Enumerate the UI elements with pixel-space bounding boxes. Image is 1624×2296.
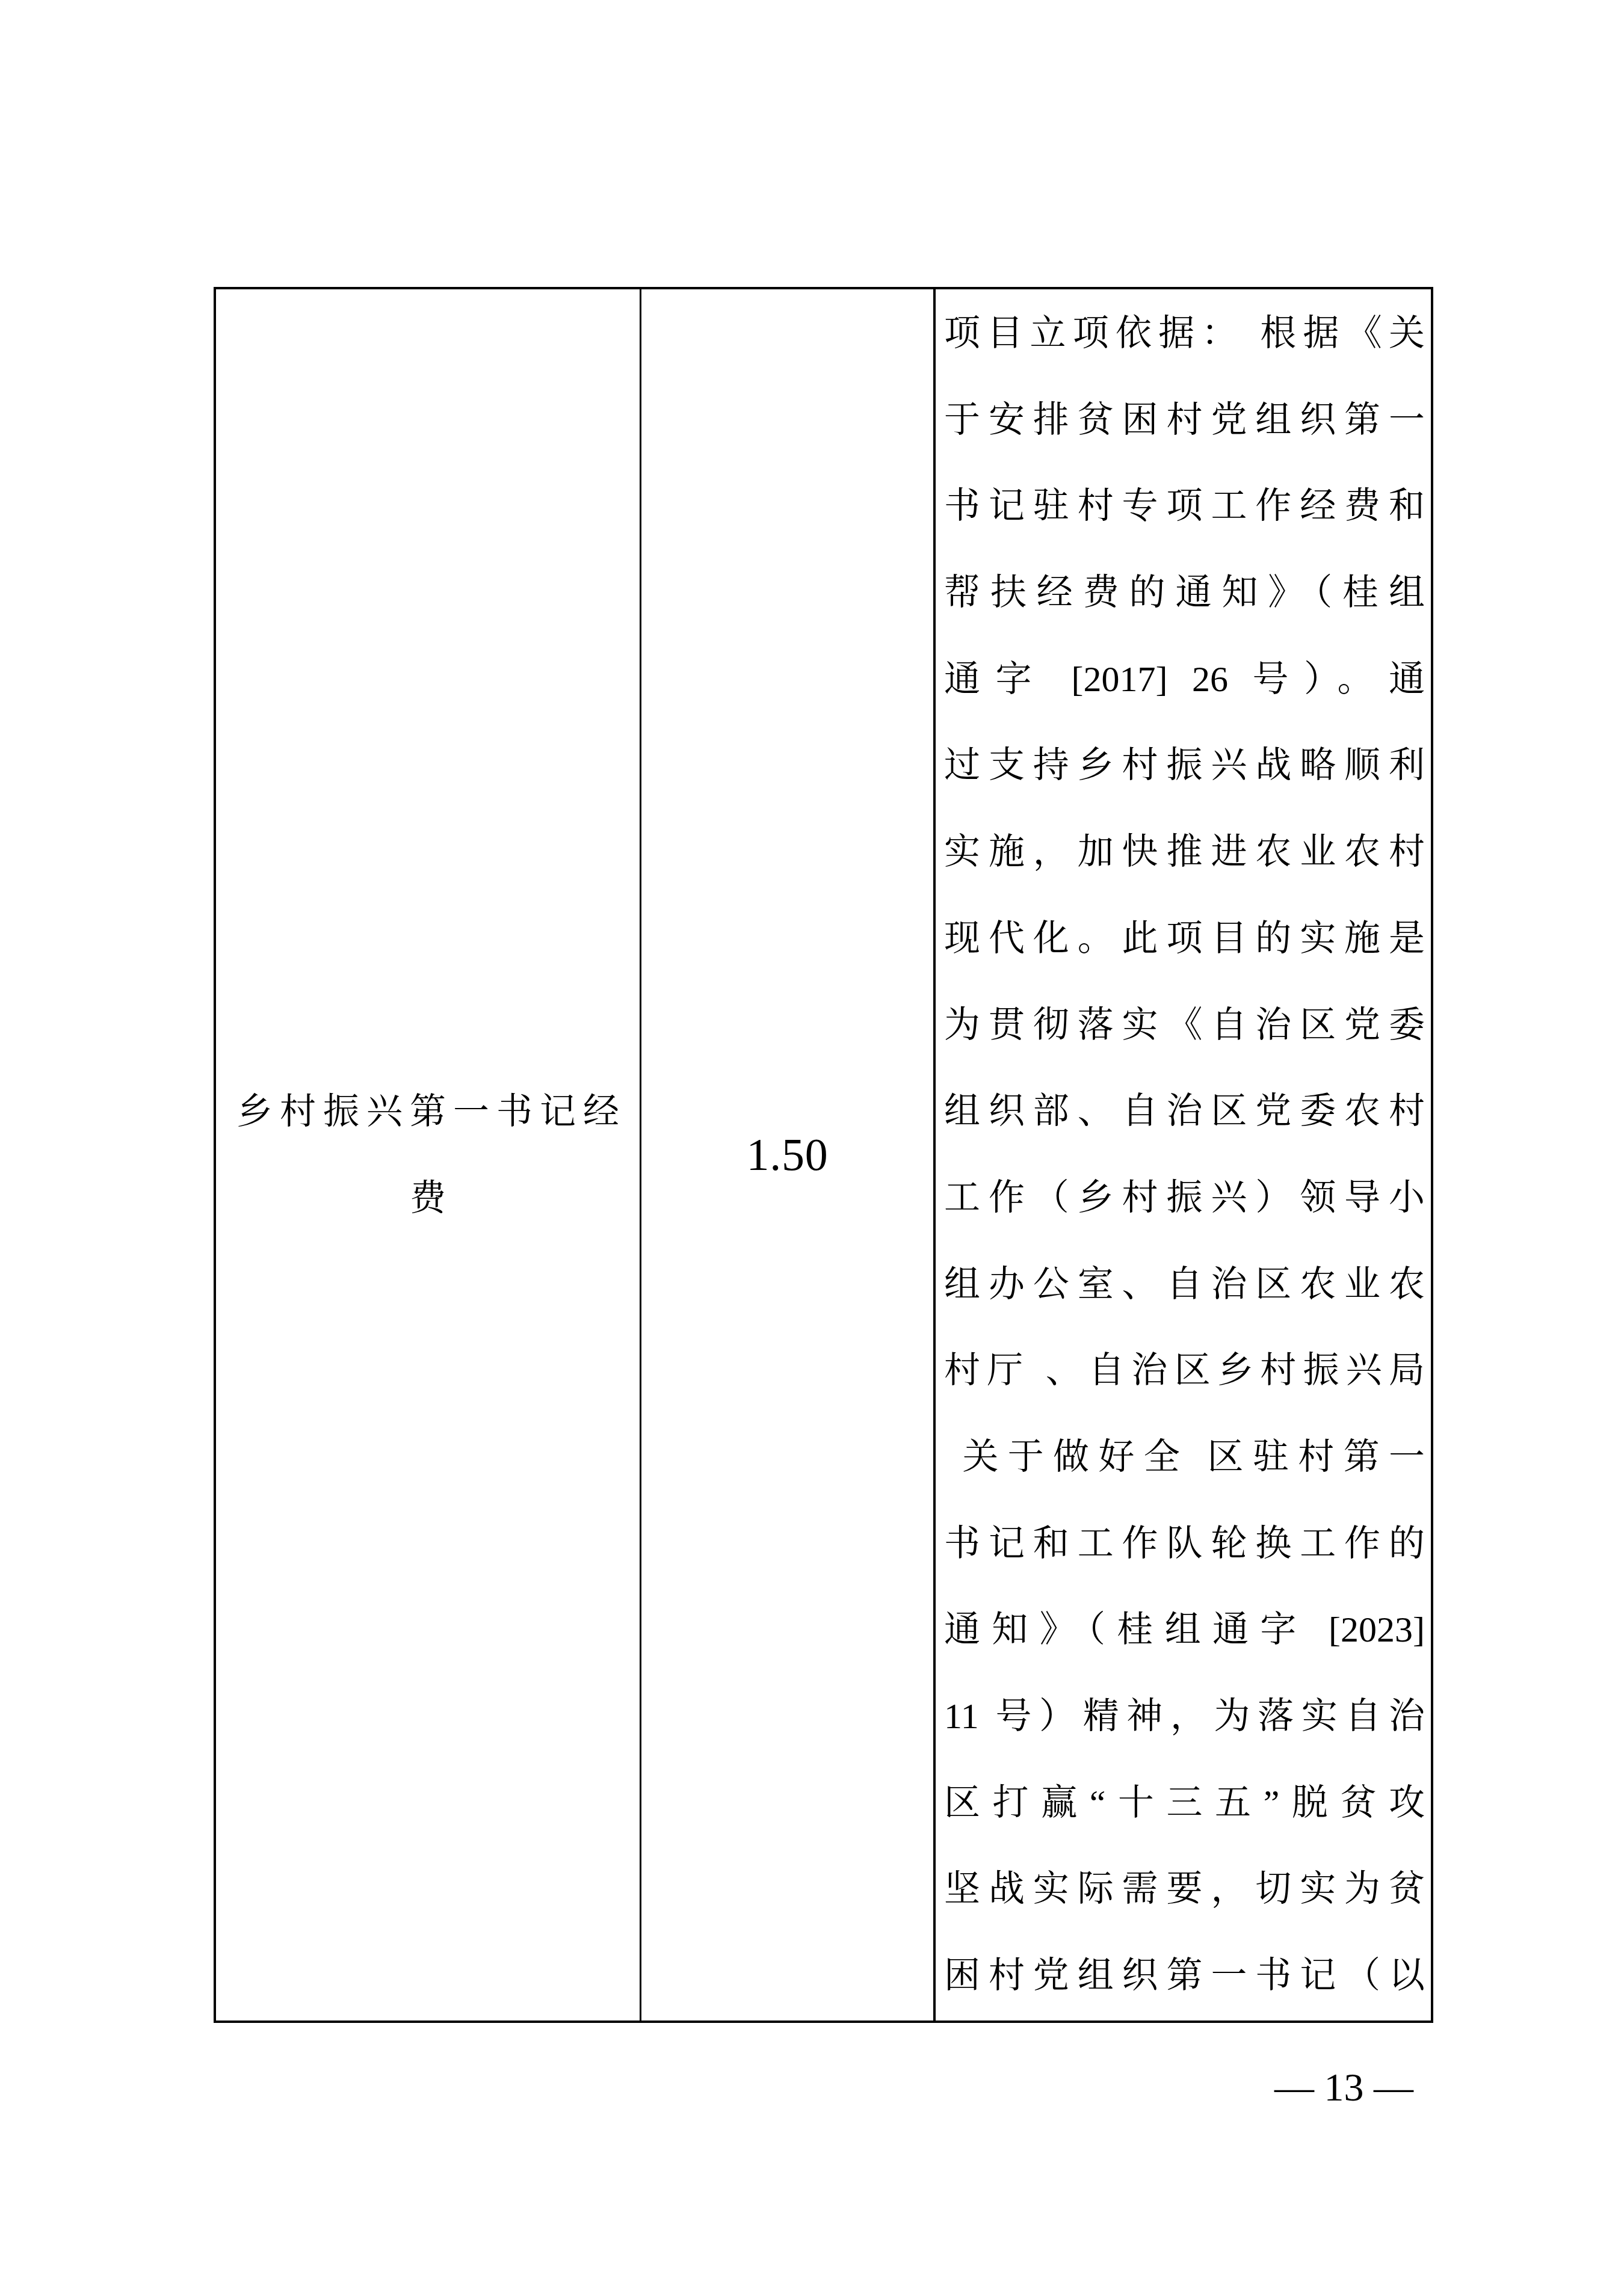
basis-line: 书记和工作队轮换工作的 — [944, 1501, 1425, 1587]
basis-line: 区打赢“十三五”脱贫攻 — [944, 1760, 1425, 1847]
project-name-line: 乡村振兴第一书记经 — [229, 1068, 626, 1155]
basis-line: 坚战实际需要，切实为贫 — [944, 1846, 1425, 1933]
basis-line: 现代化。此项目的实施是 — [944, 896, 1425, 982]
basis-line: 组办公室、自治区农业农 — [944, 1242, 1425, 1328]
budget-table: 乡村振兴第一书记经 费 1.50 项目立项依据： 根据《关 于安排贫困村党组织第… — [214, 287, 1433, 2023]
project-basis-cell: 项目立项依据： 根据《关 于安排贫困村党组织第一 书记驻村专项工作经费和 帮扶经… — [936, 289, 1431, 2021]
basis-line: 困村党组织第一书记（以 — [944, 1933, 1425, 2019]
document-page: 乡村振兴第一书记经 费 1.50 项目立项依据： 根据《关 于安排贫困村党组织第… — [0, 0, 1624, 2296]
project-name-line: 费 — [403, 1155, 453, 1242]
basis-line: 通知》（桂组通字 [2023] — [944, 1587, 1425, 1673]
amount-cell: 1.50 — [641, 289, 936, 2021]
basis-line: 书记驻村专项工作经费和 — [944, 463, 1425, 550]
basis-line: 为贯彻落实《自治区党委 — [944, 982, 1425, 1069]
basis-line: 工作（乡村振兴）领导小 — [944, 1155, 1425, 1242]
basis-line: 11 号）精神，为落实自治 — [944, 1673, 1425, 1760]
amount-value: 1.50 — [746, 1129, 828, 1181]
project-name-cell: 乡村振兴第一书记经 费 — [216, 289, 641, 2021]
basis-line: 组织部、自治区党委农村 — [944, 1068, 1425, 1155]
basis-line: 过支持乡村振兴战略顺利 — [944, 722, 1425, 809]
basis-line: 于安排贫困村党组织第一 — [944, 377, 1425, 464]
basis-line: 通字 [2017] 26 号）。通 — [944, 636, 1425, 723]
basis-line: 帮扶经费的通知》（桂组 — [944, 550, 1425, 636]
basis-line: 项目立项依据： 根据《关 — [944, 291, 1425, 377]
page-number: — 13 — — [1274, 2068, 1413, 2108]
basis-line: 实施，加快推进农业农村 — [944, 809, 1425, 896]
basis-line: 关于做好全 区驻村第一 — [944, 1414, 1425, 1501]
basis-line: 村厅 、自治区乡村振兴局 — [944, 1328, 1425, 1414]
